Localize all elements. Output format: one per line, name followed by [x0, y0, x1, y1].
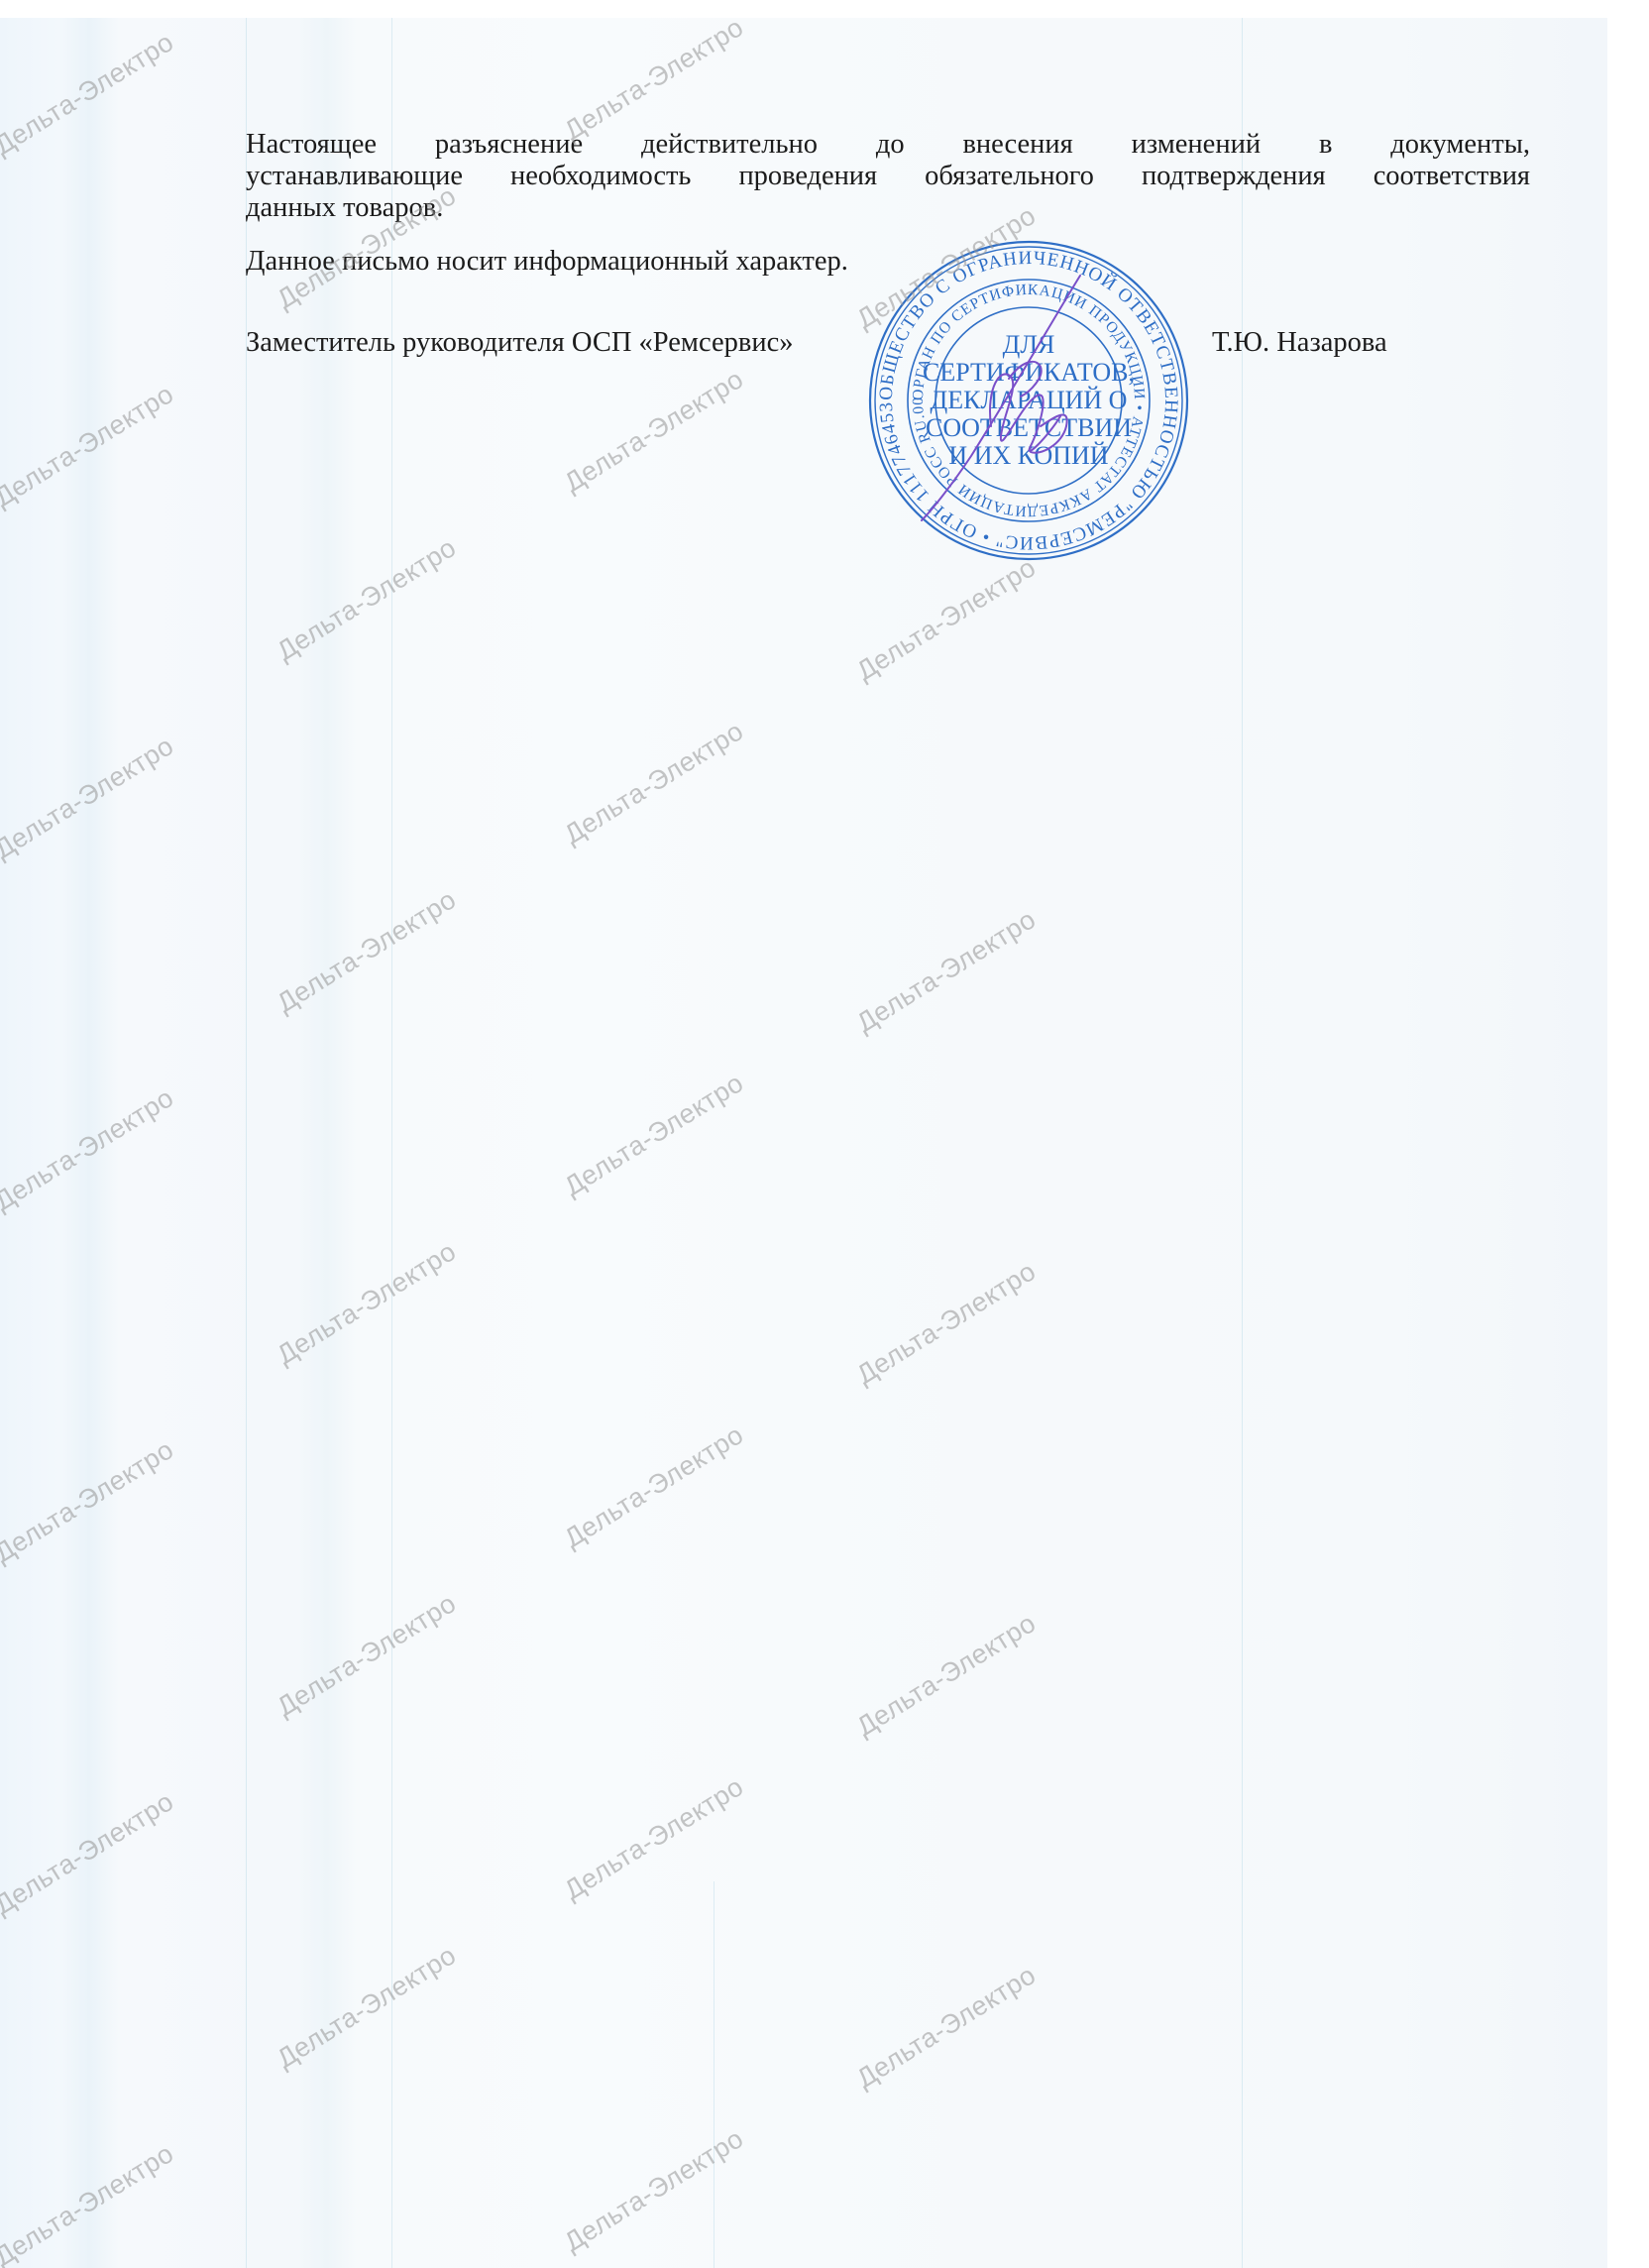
paragraph-end: данных товаров.: [246, 192, 1530, 224]
paragraph-line-2: устанавливающие необходимость проведения…: [246, 161, 1530, 192]
clarification-paragraph-cont: устанавливающие необходимость проведения…: [246, 161, 1530, 192]
signature-icon: [892, 268, 1120, 525]
paragraph-line-3: данных товаров.: [246, 192, 1530, 224]
handwritten-signature: [892, 268, 1120, 525]
signatory-name: Т.Ю. Назарова: [1212, 327, 1387, 359]
scan-line: [714, 1881, 715, 2268]
signatory-title: Заместитель руководителя ОСП «Ремсервис»: [246, 327, 793, 359]
clarification-paragraph: Настоящее разъяснение действительно до в…: [246, 129, 1530, 161]
paragraph-line-1: Настоящее разъяснение действительно до в…: [246, 129, 1530, 161]
